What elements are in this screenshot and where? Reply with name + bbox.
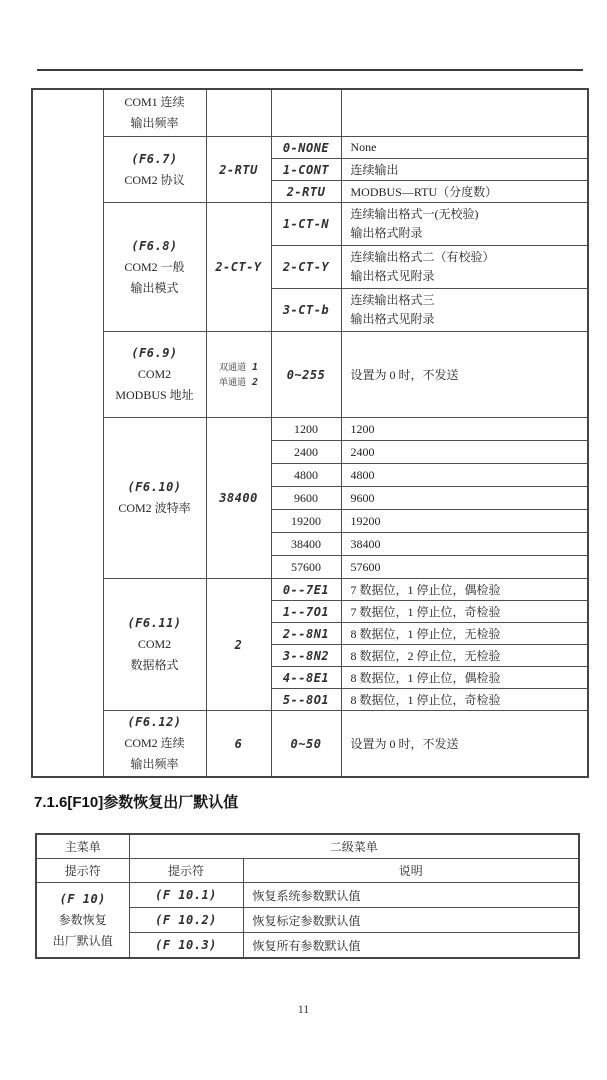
param-lcd-code: (F6.7) bbox=[104, 149, 206, 170]
default-value-cell: 2 bbox=[206, 579, 271, 711]
submenu-desc-cell: 恢复标定参数默认值 bbox=[243, 908, 579, 933]
submenu-code-cell: (F 10.1) bbox=[129, 883, 243, 908]
param-name-line: COM2 波特率 bbox=[104, 498, 206, 519]
param-lcd-code: (F6.11) bbox=[104, 613, 206, 634]
option-code-cell: 3-CT-b bbox=[271, 289, 341, 332]
submenu-header-cell: 二级菜单 bbox=[129, 834, 579, 859]
main-menu-name-line: 参数恢复 bbox=[37, 910, 129, 931]
param-lcd-code: (F6.9) bbox=[104, 343, 206, 364]
option-desc-line: 连续输出格式一(无校验) bbox=[351, 205, 588, 224]
table-row: (F 10) 参数恢复 出厂默认值 (F 10.1) 恢复系统参数默认值 bbox=[36, 883, 579, 908]
table-row: 主菜单 二级菜单 bbox=[36, 834, 579, 859]
manual-page: { "page_number": "11", "heading": "7.1.6… bbox=[0, 0, 607, 1080]
table-row: (F6.11) COM2 数据格式 2 0--7E1 7 数据位，1 停止位，偶… bbox=[32, 579, 588, 601]
table-row: (F6.9) COM2 MODBUS 地址 双通道1 单通道2 0~255 设置… bbox=[32, 332, 588, 418]
option-code-cell: 0~50 bbox=[271, 711, 341, 778]
option-desc-line: 连续输出格式二（有校验） bbox=[351, 248, 588, 267]
header-rule bbox=[37, 69, 583, 71]
option-code-cell: 2-CT-Y bbox=[271, 246, 341, 289]
option-desc-cell bbox=[341, 89, 588, 137]
description-header-cell: 说明 bbox=[243, 859, 579, 883]
param-name-line: MODBUS 地址 bbox=[104, 385, 206, 406]
default-value-cell: 38400 bbox=[206, 418, 271, 579]
option-code-cell: 57600 bbox=[271, 556, 341, 579]
option-code-cell: 4--8E1 bbox=[271, 667, 341, 689]
option-desc-cell: 57600 bbox=[341, 556, 588, 579]
table-row: (F6.10) COM2 波特率 38400 1200 1200 bbox=[32, 418, 588, 441]
submenu-code-cell: (F 10.3) bbox=[129, 933, 243, 959]
option-desc-line: 连续输出格式三 bbox=[351, 291, 588, 310]
option-code-cell: 19200 bbox=[271, 510, 341, 533]
option-desc-cell: 连续输出格式三 输出格式见附录 bbox=[341, 289, 588, 332]
option-desc-cell: 2400 bbox=[341, 441, 588, 464]
param-lcd-code: (F6.12) bbox=[104, 712, 206, 733]
option-desc-cell: 9600 bbox=[341, 487, 588, 510]
param-lcd-code: (F6.8) bbox=[104, 236, 206, 257]
submenu-desc-cell: 恢复所有参数默认值 bbox=[243, 933, 579, 959]
option-code-cell: 0-NONE bbox=[271, 137, 341, 159]
prompt-header-cell: 提示符 bbox=[129, 859, 243, 883]
param-name-line: 输出频率 bbox=[104, 754, 206, 775]
prompt-header-cell: 提示符 bbox=[36, 859, 129, 883]
option-desc-cell: 连续输出 bbox=[341, 159, 588, 181]
option-desc-cell: 8 数据位，1 停止位，偶检验 bbox=[341, 667, 588, 689]
main-menu-lcd-code: (F 10) bbox=[37, 889, 129, 910]
option-desc-cell: 1200 bbox=[341, 418, 588, 441]
option-code-cell: 1--7O1 bbox=[271, 601, 341, 623]
option-desc-line: 输出格式附录 bbox=[351, 224, 588, 243]
param-name-line: 数据格式 bbox=[104, 655, 206, 676]
option-code-cell: 2-RTU bbox=[271, 181, 341, 203]
option-code-cell: 0--7E1 bbox=[271, 579, 341, 601]
param-name-cell: (F6.9) COM2 MODBUS 地址 bbox=[103, 332, 206, 418]
param-name-cell: (F6.12) COM2 连续 输出频率 bbox=[103, 711, 206, 778]
option-desc-cell: 38400 bbox=[341, 533, 588, 556]
restore-defaults-table: 主菜单 二级菜单 提示符 提示符 说明 (F 10) 参数恢复 出厂默认值 (F… bbox=[35, 833, 580, 959]
main-menu-header-cell: 主菜单 bbox=[36, 834, 129, 859]
table-row: 提示符 提示符 说明 bbox=[36, 859, 579, 883]
param-lcd-code: (F6.10) bbox=[104, 477, 206, 498]
option-code-cell: 2--8N1 bbox=[271, 623, 341, 645]
option-desc-cell: 8 数据位，2 停止位，无检验 bbox=[341, 645, 588, 667]
option-desc-cell: 设置为 0 时，不发送 bbox=[341, 711, 588, 778]
option-code-cell: 1-CONT bbox=[271, 159, 341, 181]
option-desc-cell: MODBUS—RTU（分度数） bbox=[341, 181, 588, 203]
submenu-desc-cell: 恢复系统参数默认值 bbox=[243, 883, 579, 908]
param-name-line: COM2 bbox=[104, 364, 206, 385]
default-small-line: 双通道1 bbox=[207, 360, 271, 375]
main-menu-cell: (F 10) 参数恢复 出厂默认值 bbox=[36, 883, 129, 959]
option-desc-cell: 7 数据位，1 停止位，偶检验 bbox=[341, 579, 588, 601]
left-spacer-cell bbox=[32, 89, 103, 777]
option-desc-cell: 设置为 0 时，不发送 bbox=[341, 332, 588, 418]
param-name-cell: COM1 连续 输出频率 bbox=[103, 89, 206, 137]
option-code-cell: 1200 bbox=[271, 418, 341, 441]
option-code-cell: 1-CT-N bbox=[271, 203, 341, 246]
table-row: COM1 连续 输出频率 bbox=[32, 89, 588, 137]
default-value-cell: 2-RTU bbox=[206, 137, 271, 203]
page-number: 11 bbox=[0, 1002, 607, 1017]
option-desc-cell: 连续输出格式一(无校验) 输出格式附录 bbox=[341, 203, 588, 246]
default-value-cell: 2-CT-Y bbox=[206, 203, 271, 332]
option-code-cell: 0~255 bbox=[271, 332, 341, 418]
param-name-line: 输出模式 bbox=[104, 278, 206, 299]
submenu-code-cell: (F 10.2) bbox=[129, 908, 243, 933]
param-name-line: 输出频率 bbox=[104, 113, 206, 134]
option-desc-cell: 7 数据位，1 停止位，奇检验 bbox=[341, 601, 588, 623]
table-row: (F6.12) COM2 连续 输出频率 6 0~50 设置为 0 时，不发送 bbox=[32, 711, 588, 778]
com-parameters-table: COM1 连续 输出频率 (F6.7) COM2 协议 2-RTU 0-NONE… bbox=[31, 88, 589, 778]
main-menu-name-line: 出厂默认值 bbox=[37, 931, 129, 952]
param-name-cell: (F6.10) COM2 波特率 bbox=[103, 418, 206, 579]
default-value-cell: 6 bbox=[206, 711, 271, 778]
default-value-cell: 双通道1 单通道2 bbox=[206, 332, 271, 418]
option-code-cell: 2400 bbox=[271, 441, 341, 464]
default-value-cell bbox=[206, 89, 271, 137]
param-name-cell: (F6.8) COM2 一般 输出模式 bbox=[103, 203, 206, 332]
param-name-line: COM2 协议 bbox=[104, 170, 206, 191]
option-desc-cell: 8 数据位，1 停止位，奇检验 bbox=[341, 689, 588, 711]
option-desc-cell: 连续输出格式二（有校验） 输出格式见附录 bbox=[341, 246, 588, 289]
section-heading: 7.1.6[F10]参数恢复出厂默认值 bbox=[34, 791, 238, 812]
option-code-cell: 3--8N2 bbox=[271, 645, 341, 667]
param-name-line: COM2 一般 bbox=[104, 257, 206, 278]
option-desc-cell: 4800 bbox=[341, 464, 588, 487]
table-row: (F6.7) COM2 协议 2-RTU 0-NONE None bbox=[32, 137, 588, 159]
default-small-line: 单通道2 bbox=[207, 375, 271, 390]
option-desc-cell: 8 数据位，1 停止位，无检验 bbox=[341, 623, 588, 645]
option-code-cell: 38400 bbox=[271, 533, 341, 556]
table-row: (F6.8) COM2 一般 输出模式 2-CT-Y 1-CT-N 连续输出格式… bbox=[32, 203, 588, 246]
option-desc-cell: 19200 bbox=[341, 510, 588, 533]
param-name-line: COM1 连续 bbox=[104, 92, 206, 113]
param-name-cell: (F6.11) COM2 数据格式 bbox=[103, 579, 206, 711]
option-desc-line: 输出格式见附录 bbox=[351, 267, 588, 286]
option-code-cell bbox=[271, 89, 341, 137]
option-code-cell: 5--8O1 bbox=[271, 689, 341, 711]
option-code-cell: 4800 bbox=[271, 464, 341, 487]
param-name-line: COM2 连续 bbox=[104, 733, 206, 754]
param-name-line: COM2 bbox=[104, 634, 206, 655]
param-name-cell: (F6.7) COM2 协议 bbox=[103, 137, 206, 203]
option-desc-cell: None bbox=[341, 137, 588, 159]
option-code-cell: 9600 bbox=[271, 487, 341, 510]
option-desc-line: 输出格式见附录 bbox=[351, 310, 588, 329]
